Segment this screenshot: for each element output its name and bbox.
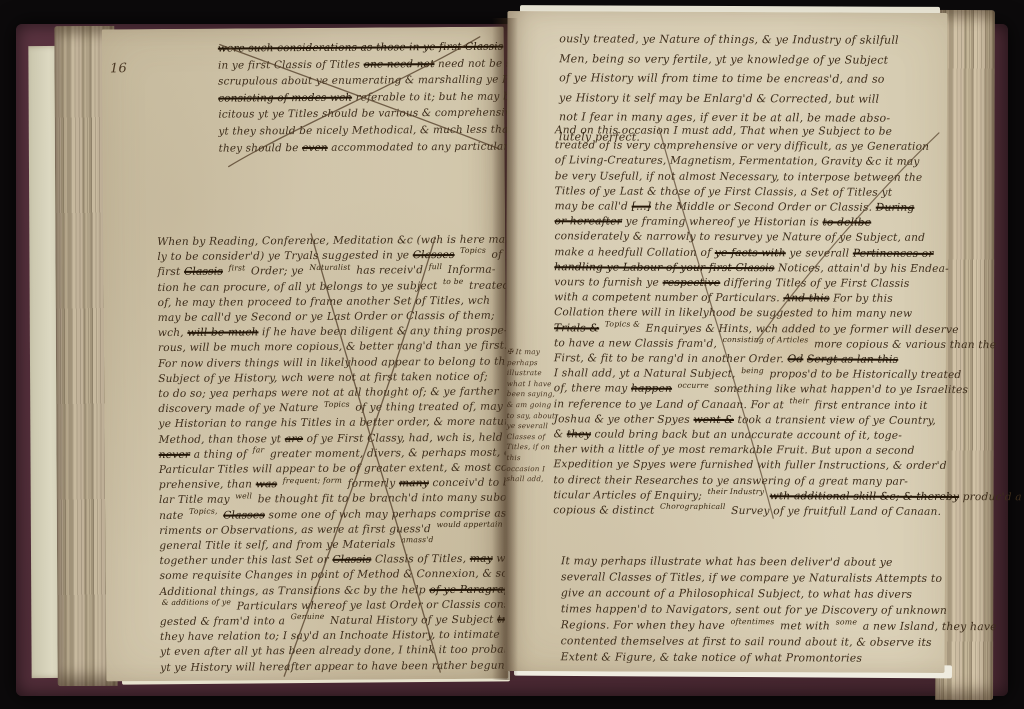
struck-words: respective	[663, 277, 721, 289]
struck-words: wth additional skill &c; & thereby	[770, 490, 959, 503]
struck-words: may	[470, 553, 493, 565]
manuscript-line: may be call'd [...] the Middle or Second…	[555, 199, 941, 216]
struck-words: ye facts with	[715, 247, 786, 259]
manuscript-line: give an account of a Philosophical Subje…	[561, 585, 933, 603]
struck-words: Od	[787, 353, 803, 365]
manuscript-line: ticular Articles of Enquiry; their Indus…	[553, 488, 939, 505]
struck-words: will be much	[187, 327, 258, 339]
struck-words: they	[567, 428, 591, 440]
right-paragraph-navigators: It may perhaps illustrate what has been …	[561, 553, 933, 667]
manuscript-line: in ye first Classis of Titles one need n…	[218, 55, 500, 74]
struck-words: were such considerations as those in ye …	[218, 41, 504, 55]
manuscript-line: Extent & Figure, & take notice of what P…	[561, 649, 933, 667]
struck-words: During	[876, 202, 915, 214]
struck-words: consisting of modes wch	[218, 91, 352, 104]
manuscript-line: with a competent number of Particulars. …	[554, 290, 940, 307]
photo-background: 16 were such considerations as those in …	[0, 0, 1024, 709]
manuscript-line: icitous yt ye Titles should be various &…	[218, 105, 500, 124]
manuscript-line: or hereafter ye framing whereof ye Histo…	[554, 214, 940, 231]
manuscript-line: yt they should be nicely Methodical, & m…	[218, 122, 500, 141]
page-number: 16	[110, 61, 127, 76]
struck-words: And this	[783, 292, 829, 304]
manuscript-line: were such considerations as those in ye …	[218, 39, 500, 58]
struck-words: Pertinences or	[853, 247, 934, 259]
struck-words: never	[159, 449, 191, 461]
manuscript-line: copious & distinct Chorographicall Surve…	[553, 503, 939, 520]
struck-words: [...]	[632, 201, 651, 213]
manuscript-line: ously treated, ye Nature of things, & ye…	[559, 29, 935, 50]
manuscript-line: severall Classes of Titles, if we compar…	[561, 569, 933, 587]
manuscript-line: Men, being so very fertile, yt ye knowle…	[559, 49, 935, 70]
left-paragraph-main: When by Reading, Conference, Meditation …	[157, 233, 506, 676]
struck-words: one need not	[364, 58, 435, 70]
manuscript-line: I shall add, yt a Natural Subject, being…	[554, 366, 940, 383]
struck-words: many	[399, 477, 429, 489]
struck-words: Classes	[413, 249, 455, 261]
manuscript-line: contented themselves at first to sail ro…	[561, 633, 933, 651]
manuscript-line: Joshua & ye other Spyes went & took a tr…	[554, 412, 940, 429]
gutter-shadow	[492, 18, 518, 680]
left-paragraph-cancelled: were such considerations as those in ye …	[218, 39, 501, 157]
manuscript-line: riments or Observations, as were at firs…	[159, 521, 505, 539]
manuscript-line: of, there may happen occurre something l…	[554, 382, 940, 399]
manuscript-line: they should be even accommodated to any …	[219, 138, 501, 157]
manuscript-line: be very Usefull, if not almost Necessary…	[555, 169, 941, 186]
manuscript-line: vours to furnish ye respective differing…	[554, 275, 940, 292]
struck-words: Classis	[184, 266, 223, 278]
manuscript-line: Regions. For when they have oftentimes m…	[561, 617, 933, 635]
manuscript-line: to have a new Classis fram'd, consisting…	[554, 336, 940, 353]
manuscript-line: It may perhaps illustrate what has been …	[561, 553, 933, 571]
struck-words: to delibe	[822, 217, 871, 229]
manuscript-line: consisting of modes wch referable to it;…	[218, 88, 500, 107]
struck-words: or hereafter	[554, 215, 622, 227]
struck-words: handling ye Labour of your first Classis	[554, 261, 774, 274]
manuscript-line: And on this occasion I must add, That wh…	[555, 123, 941, 140]
manuscript-line: yt ye History will hereafter appear to h…	[160, 658, 506, 676]
manuscript-line: times happen'd to Navigators, sent out f…	[561, 601, 933, 619]
manuscript-line: make a heedfull Collation of ye facts wi…	[554, 245, 940, 262]
right-page: ously treated, ye Nature of things, & ye…	[505, 11, 948, 673]
struck-words: are	[285, 433, 303, 445]
left-page: 16 were such considerations as those in …	[102, 27, 509, 682]
manuscript-line: of ye History will from time to time be …	[559, 68, 935, 89]
manuscript-line: scrupulous about ye enumerating & marsha…	[218, 72, 500, 91]
manuscript-line: handling ye Labour of your first Classis…	[554, 260, 940, 277]
struck-words: happen	[631, 383, 672, 395]
manuscript-line: ther with a little of ye most remarkable…	[553, 443, 939, 460]
manuscript-line: considerately & narrowly to resurvey ye …	[554, 230, 940, 247]
struck-words: Classis	[332, 554, 371, 566]
manuscript-line: & they could bring back but an unaccurat…	[554, 427, 940, 444]
struck-words: Classes	[223, 509, 265, 521]
manuscript-line: ye History it self may be Enlarg'd & Cor…	[559, 88, 935, 109]
manuscript-line: Titles of ye Last & those of ye First Cl…	[555, 184, 941, 201]
struck-words: went &	[694, 414, 734, 426]
struck-words: was	[256, 478, 278, 490]
manuscript-line: in reference to ye Land of Canaan. For a…	[554, 397, 940, 414]
manuscript-line: treated of is very comprehensive or very…	[555, 138, 941, 155]
right-paragraph-middle-classis: And on this occasion I must add, That wh…	[553, 123, 941, 520]
struck-words: even	[302, 141, 328, 153]
struck-words: Trials &	[554, 322, 599, 334]
manuscript-line: of Living-Creatures, Magnetism, Fermenta…	[555, 154, 941, 171]
struck-words: Sergt as lan this	[807, 353, 898, 365]
manuscript-line: Expedition ye Spyes were furnished with …	[553, 458, 939, 475]
